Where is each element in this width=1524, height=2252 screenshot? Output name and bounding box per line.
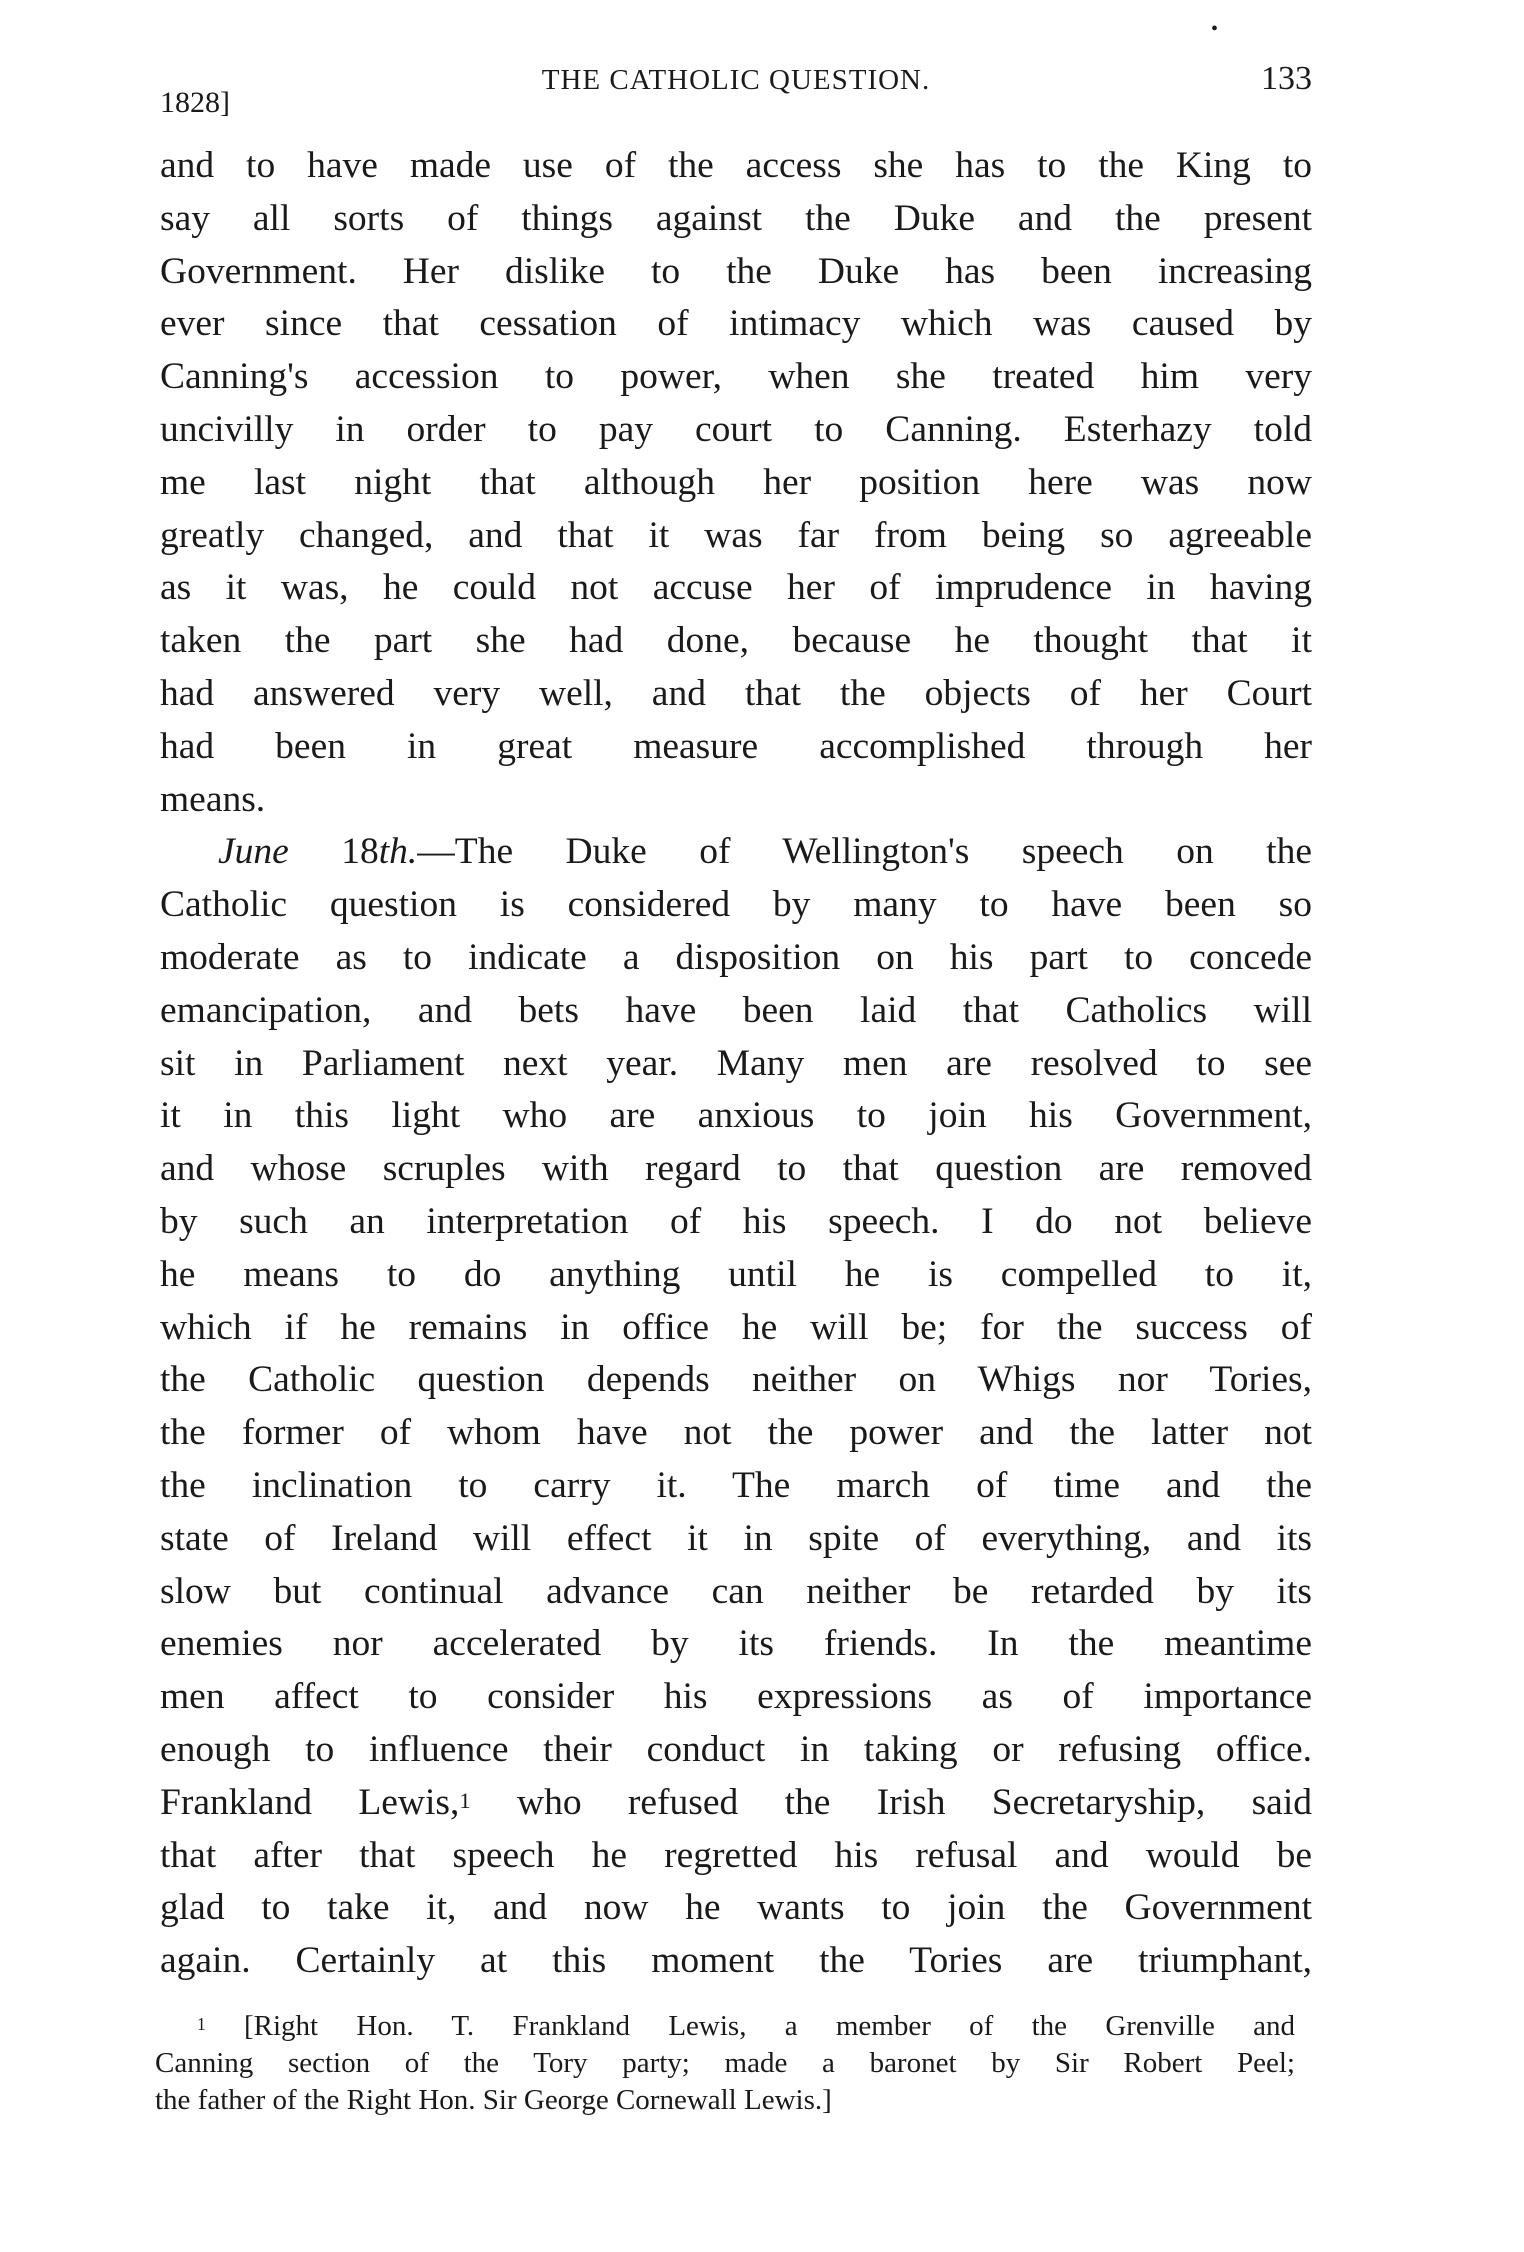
text-line: moderate as to indicate a disposition on… (160, 932, 1312, 985)
footnote-line: the father of the Right Hon. Sir George … (155, 2082, 1295, 2119)
footnote-marker: 1 (197, 2014, 206, 2034)
text-line: he means to do anything until he is comp… (160, 1249, 1312, 1302)
text-line: taken the part she had done, because he … (160, 615, 1312, 668)
text-line: that after that speech he regretted his … (160, 1830, 1312, 1883)
text-line: say all sorts of things against the Duke… (160, 193, 1312, 246)
footnote-ref-line: Frankland Lewis,1 who refused the Irish … (160, 1777, 1312, 1830)
footnote-reference[interactable]: 1 (459, 1788, 470, 1813)
text-line: Government. Her dislike to the Duke has … (160, 246, 1312, 299)
footnote-line: Canning section of the Tory party; made … (155, 2045, 1295, 2082)
text-line: had answered very well, and that the obj… (160, 668, 1312, 721)
text-line: Catholic question is considered by many … (160, 879, 1312, 932)
running-header: 1828] THE CATHOLIC QUESTION. 133 (160, 52, 1312, 112)
footnote-line: 1 [Right Hon. T. Frankland Lewis, a memb… (155, 2008, 1295, 2045)
text-line: uncivilly in order to pay court to Canni… (160, 404, 1312, 457)
text-line: emancipation, and bets have been laid th… (160, 985, 1312, 1038)
stray-mark: • (1211, 18, 1218, 41)
entry-date-month: June (218, 831, 289, 872)
text-line: state of Ireland will effect it in spite… (160, 1513, 1312, 1566)
entry-line-rest: —The Duke of Wellington's speech on the (417, 831, 1312, 872)
footnote-text: [Right Hon. T. Frankland Lewis, a member… (244, 2010, 1295, 2042)
text-line: again. Certainly at this moment the Tori… (160, 1935, 1312, 1988)
text-line: the Catholic question depends neither on… (160, 1354, 1312, 1407)
text-line: enough to influence their conduct in tak… (160, 1724, 1312, 1777)
text-line: which if he remains in office he will be… (160, 1302, 1312, 1355)
text-line: by such an interpretation of his speech.… (160, 1196, 1312, 1249)
text-line: sit in Parliament next year. Many men ar… (160, 1038, 1312, 1091)
text-line: the former of whom have not the power an… (160, 1407, 1312, 1460)
text-line: me last night that although her position… (160, 457, 1312, 510)
body-text: and to have made use of the access she h… (160, 140, 1312, 1988)
text-line: enemies nor accelerated by its friends. … (160, 1618, 1312, 1671)
text-line: greatly changed, and that it was far fro… (160, 510, 1312, 563)
text-line: had been in great measure accomplished t… (160, 721, 1312, 774)
text-line: slow but continual advance can neither b… (160, 1566, 1312, 1619)
entry-date-day: th. (379, 831, 418, 872)
text-line: the inclination to carry it. The march o… (160, 1460, 1312, 1513)
footnote: 1 [Right Hon. T. Frankland Lewis, a memb… (155, 2008, 1295, 2119)
text-line: ever since that cessation of intimacy wh… (160, 298, 1312, 351)
text-line: it in this light who are anxious to join… (160, 1090, 1312, 1143)
text-line: and whose scruples with regard to that q… (160, 1143, 1312, 1196)
text-line: men affect to consider his expressions a… (160, 1671, 1312, 1724)
entry-first-line: June 18th.—The Duke of Wellington's spee… (160, 826, 1312, 879)
text-segment: who refused the Irish Secretaryship, sai… (517, 1782, 1312, 1823)
page-number: 133 (1261, 60, 1312, 98)
text-line: means. (160, 774, 1312, 827)
text-line: and to have made use of the access she h… (160, 140, 1312, 193)
text-line: glad to take it, and now he wants to joi… (160, 1882, 1312, 1935)
text-segment: Frankland Lewis, (160, 1782, 459, 1823)
text-line: as it was, he could not accuse her of im… (160, 562, 1312, 615)
header-title: THE CATHOLIC QUESTION. (160, 64, 1312, 97)
entry-date-day-wrap: 18th. (341, 831, 417, 872)
text-line: Canning's accession to power, when she t… (160, 351, 1312, 404)
